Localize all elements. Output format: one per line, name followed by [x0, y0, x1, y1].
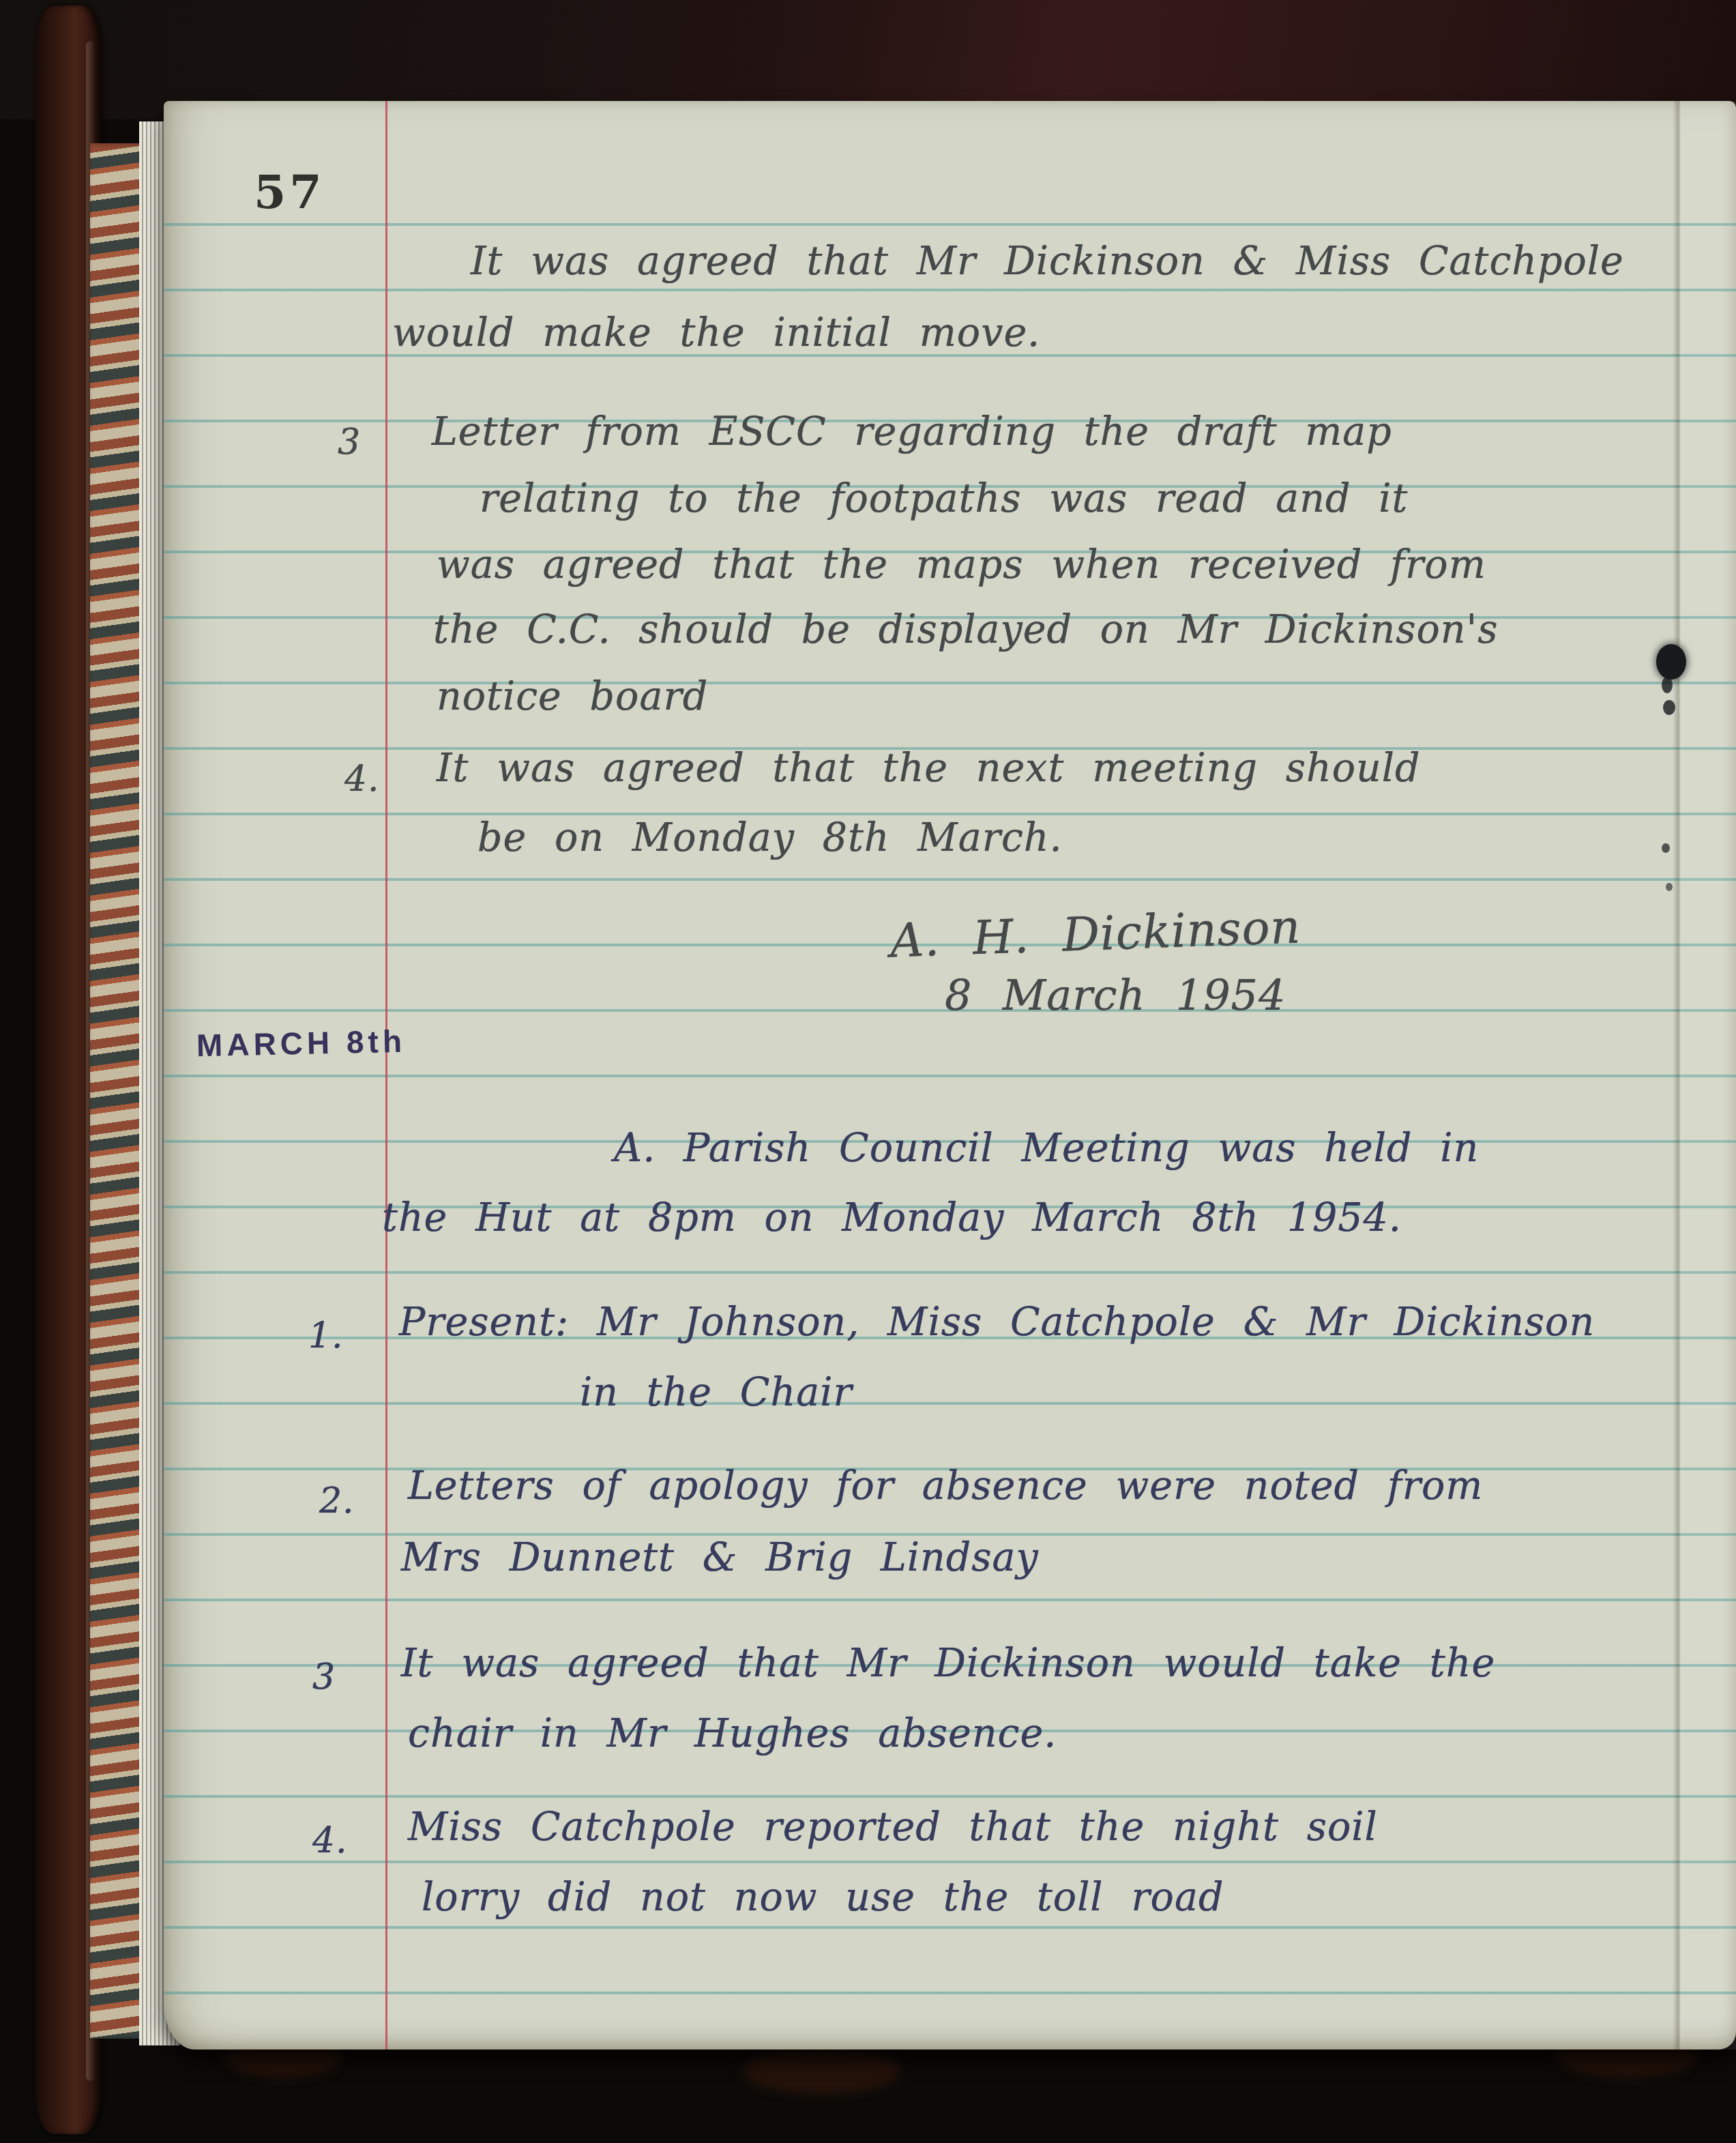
notebook-page: 57 It was agreed that Mr Dickinson & Mis…	[164, 101, 1736, 2050]
handwriting-line: It was agreed that Mr Dickinson would ta…	[401, 1641, 1495, 1686]
item-number: 3	[312, 1657, 336, 1697]
page-crease	[1673, 101, 1683, 2050]
handwriting-line: Letters of apology for absence were note…	[408, 1463, 1483, 1508]
handwriting-line: the Hut at 8pm on Monday March 8th 1954.	[382, 1195, 1402, 1240]
handwriting-line: would make the initial move.	[392, 310, 1040, 355]
margin-note: MARCH 8th	[196, 1023, 406, 1064]
ink-blot	[1663, 700, 1675, 715]
handwriting-line: Miss Catchpole reported that the night s…	[408, 1805, 1378, 1850]
ink-blot	[1662, 843, 1670, 853]
handwriting-line: in the Chair	[580, 1370, 853, 1415]
handwriting-line: chair in Mr Hughes absence.	[408, 1711, 1057, 1756]
item-number: 3	[338, 422, 361, 463]
handwriting-line: Letter from ESCC regarding the draft map	[432, 409, 1392, 454]
handwriting-line: be on Monday 8th March.	[477, 815, 1063, 860]
handwriting-line: A. Parish Council Meeting was held in	[614, 1126, 1479, 1171]
item-number: 1.	[308, 1315, 344, 1356]
item-number: 2.	[319, 1481, 355, 1521]
handwriting-line: the C.C. should be displayed on Mr Dicki…	[433, 607, 1498, 652]
handwriting-line: It was agreed that Mr Dickinson & Miss C…	[471, 239, 1624, 284]
page-number: 57	[254, 165, 325, 220]
ink-blot	[1656, 644, 1686, 680]
handwriting-line: It was agreed that the next meeting shou…	[437, 746, 1420, 791]
handwriting-line: Mrs Dunnett & Brig Lindsay	[401, 1535, 1039, 1580]
item-number: 4.	[312, 1820, 348, 1861]
page-gutter-fold	[1682, 101, 1736, 2050]
handwriting-line: Present: Mr Johnson, Miss Catchpole & Mr…	[399, 1300, 1595, 1345]
item-number: 4.	[344, 759, 380, 800]
scanned-minute-book: 57 It was agreed that Mr Dickinson & Mis…	[0, 0, 1736, 2143]
handwriting-line: lorry did not now use the toll road	[422, 1875, 1224, 1920]
handwriting-line: notice board	[437, 674, 708, 719]
signature-date: 8 March 1954	[945, 970, 1286, 1020]
ink-blot	[1666, 883, 1673, 891]
handwriting-line: was agreed that the maps when received f…	[437, 542, 1486, 587]
leather-tuft	[744, 2047, 900, 2095]
margin-rule	[385, 101, 387, 2050]
handwriting-line: relating to the footpaths was read and i…	[480, 476, 1408, 521]
